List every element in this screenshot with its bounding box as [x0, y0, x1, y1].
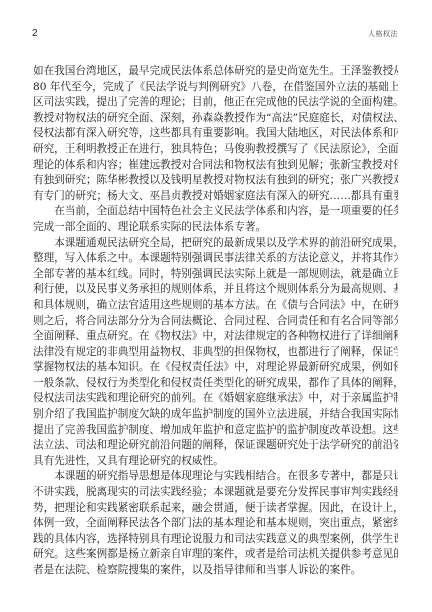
text-line: 完成一部全面的、理论联系实际的民法体系专著。 [33, 220, 398, 236]
text-line: 有专门的研究；杨大文、巫昌贞教授对婚姻家庭法有深入的研究……都具有重要影响。 [33, 189, 398, 205]
text-line: 研究。这些案例都是杨立新亲自审理的案件，或者是给司法机关提供参考意见的案件，或 [33, 547, 398, 563]
text-line: 体例一致，全面阐释民法各个部门法的基本理论和基本规则，突出重点，紧密结合司法实 [33, 516, 398, 532]
text-line: 全面阐释、重点研究。在《物权法》中，对法律规定的各种物权进行了详细阐释，同时对 [33, 329, 398, 345]
text-line: 利行使，以及民事义务承担的规则体系，并且将这个规则体系分为最高规则、基本规则 [33, 282, 398, 298]
paragraph-3: 本课题通观民法研究全局，把研究的最新成果以及学术界的前沿研究成果，经过 整理，写… [33, 236, 398, 470]
text-line: 掌握物权法的基本知识。在《侵权责任法》中，对理论界最新研究成果，例如侵权行为 [33, 360, 398, 376]
paragraph-1: 如在我国台湾地区，最早完成民法体系总体研究的是史尚宽先生。王泽鉴教授从 20 世… [33, 64, 398, 204]
running-title: 人格权法 [368, 29, 398, 39]
paragraph-4: 本课题的研究指导思想是体现理论与实践相结合。在很多专著中，都是只讲理论、 不讲实… [33, 469, 398, 578]
text-line: 不讲实践，脱离现实的司法实践经验；本课题就是要充分发挥民事审判实践经验丰富的优 [33, 485, 398, 501]
text-line: 具有先进性，又具有理论研究的权威性。 [33, 454, 398, 470]
body-text: 如在我国台湾地区，最早完成民法体系总体研究的是史尚宽先生。王泽鉴教授从 20 世… [33, 64, 398, 579]
text-line: 整理，写入体系之中。本课题特别强调民事法律关系的方法论意义，并将其作为统率 [33, 251, 398, 267]
text-line: 教授对物权法的研究全面、深刻，孙森焱教授作为“高法”民庭庭长，对债权法、合同法和 [33, 111, 398, 127]
text-line: 全部专著的基本红线。同时，特别强调民法实际上就是一部规则法，就是确立民事权 [33, 267, 398, 283]
paragraph-2: 在当前，全面总结中国特色社会主义民法学体系和内容，是一项重要的任务，需要 完成一… [33, 204, 398, 235]
text-line: 则之后，将合同法部分分为合同法概论、合同过程、合同责任和有名合同等部分，进行 [33, 314, 398, 330]
text-line: 有独到研究；陈华彬教授以及钱明星教授对物权法有独到的研究；张广兴教授对债法总则 [33, 173, 398, 189]
text-line: 本课题的研究指导思想是体现理论与实践相结合。在很多专著中，都是只讲理论、 [33, 469, 398, 485]
text-line: 侵权法司法实践和理论研究的前列。在《婚姻家庭继承法》中，对于亲属监护制度，特 [33, 391, 398, 407]
page-header: 2 人格权法 [32, 28, 398, 42]
text-line: 研究，王利明教授正在进行，独具特色；马俊驹教授撰写了《民法原论》，全面阐释了民法 [33, 142, 398, 158]
text-line: 提出了完善我国监护制度、增加成年监护和意定监护的监护制度改革设想。这些对民 [33, 423, 398, 439]
text-line: 别介绍了我国监护制度欠缺的成年监护制度的国外立法进展，并结合我国实际情况， [33, 407, 398, 423]
text-line: 践的具体内容，选择特别具有理论说服力和司法实践意义的典型案例，供学生课堂讨论和 [33, 532, 398, 548]
text-line: 和具体规则，确立法官适用这些规则的基本方法。在《债与合同法》中，在研究债法总 [33, 298, 398, 314]
text-line: 势，把理论和实践紧密联系起来，融会贯通，便于读者掌握。因此，在设计上，课题的前后 [33, 501, 398, 517]
text-line: 在当前，全面总结中国特色社会主义民法学体系和内容，是一项重要的任务，需要 [33, 204, 398, 220]
text-line: 区司法实践，提出了完善的理论；目前，他正在完成他的民法学说的全面构建。而谢在全 [33, 95, 398, 111]
text-line: 法立法、司法和理论研究前沿问题的阐释，保证课题研究处于法学研究的前沿姿态，既 [33, 438, 398, 454]
text-line: 侵权法都有深入研究等，这些都具有重要影响。我国大陆地区，对民法体系和内容的全面 [33, 126, 398, 142]
text-line: 80 年代至今，完成了《民法学说与判例研究》八卷，在借鉴国外立法的基础上，结合台… [33, 80, 398, 96]
text-line: 理论的体系和内容；崔建远教授对合同法和物权法有独到见解；张新宝教授对侵权责任法 [33, 158, 398, 174]
text-line: 本课题通观民法研究全局，把研究的最新成果以及学术界的前沿研究成果，经过 [33, 236, 398, 252]
text-line: 一般条款、侵权行为类型化和侵权责任类型化的研究成果，都作了具体的阐释，站在了 [33, 376, 398, 392]
text-line: 如在我国台湾地区，最早完成民法体系总体研究的是史尚宽先生。王泽鉴教授从 20 世… [33, 64, 398, 80]
text-line: 法律没有规定的非典型用益物权、非典型的担保物权，也都进行了阐释，保证学生全面 [33, 345, 398, 361]
page-number: 2 [32, 28, 38, 39]
text-line: 者是在法院、检察院搜集的案件，以及指导律师和当事人诉讼的案件。 [33, 563, 398, 579]
